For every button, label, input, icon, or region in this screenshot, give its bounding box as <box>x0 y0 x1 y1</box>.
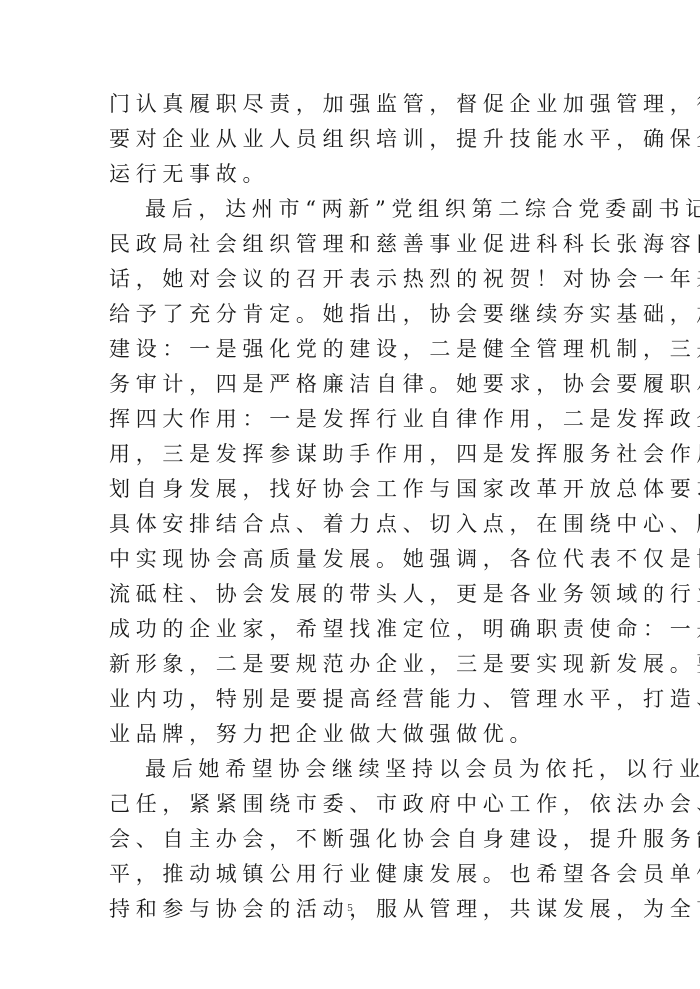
text-line: 中实现协会高质量发展。她强调，各位代表不仅是协会的中 <box>109 542 593 577</box>
text-line: 流砥柱、协会发展的带头人，更是各业务领域的行业精英、 <box>109 577 593 612</box>
text-line: 运行无事故。 <box>109 157 593 192</box>
text-line: 民政局社会组织管理和慈善事业促进科科长张海容同志讲 <box>109 227 593 262</box>
text-line: 新形象，二是要规范办企业，三是要实现新发展。要练好企 <box>109 647 593 682</box>
paragraph-2: 最后，达州市“两新”党组织第二综合党委副书记、市 民政局社会组织管理和慈善事业促… <box>109 192 593 752</box>
page-number: 5 <box>0 902 700 914</box>
text-line: 建设：一是强化党的建设，二是健全管理机制，三是加强财 <box>109 332 593 367</box>
text-line: 挥四大作用：一是发挥行业自律作用，二是发挥政企桥梁作 <box>109 402 593 437</box>
text-line: 最后她希望协会继续坚持以会员为依托，以行业发展为 <box>109 752 593 787</box>
text-line: 门认真履职尽责，加强监管，督促企业加强管理，行业协会 <box>109 87 593 122</box>
document-page: 门认真履职尽责，加强监管，督促企业加强管理，行业协会 要对企业从业人员组织培训，… <box>109 87 593 927</box>
text-line: 最后，达州市“两新”党组织第二综合党委副书记、市 <box>109 192 593 227</box>
text-line: 业品牌，努力把企业做大做强做优。 <box>109 717 593 752</box>
text-line: 业内功，特别是要提高经营能力、管理水平，打造、做亮企 <box>109 682 593 717</box>
text-line: 用，三是发挥参谋助手作用，四是发挥服务社会作用。要谋 <box>109 437 593 472</box>
text-line: 会、自主办会，不断强化协会自身建设，提升服务能力和水 <box>109 822 593 857</box>
text-line: 平，推动城镇公用行业健康发展。也希望各会员单位积极支 <box>109 857 593 892</box>
text-line: 己任，紧紧围绕市委、市政府中心工作，依法办会、民主办 <box>109 787 593 822</box>
text-line: 话，她对会议的召开表示热烈的祝贺！对协会一年来的工作 <box>109 262 593 297</box>
text-line: 给予了充分肯定。她指出，协会要继续夯实基础，加强自身 <box>109 297 593 332</box>
text-line: 务审计，四是严格廉洁自律。她要求，协会要履职尽责，发 <box>109 367 593 402</box>
text-line: 要对企业从业人员组织培训，提升技能水平，确保企业安全 <box>109 122 593 157</box>
paragraph-1: 门认真履职尽责，加强监管，督促企业加强管理，行业协会 要对企业从业人员组织培训，… <box>109 87 593 192</box>
text-line: 划自身发展，找好协会工作与国家改革开放总体要求及行业 <box>109 472 593 507</box>
paragraph-3: 最后她希望协会继续坚持以会员为依托，以行业发展为 己任，紧紧围绕市委、市政府中心… <box>109 752 593 927</box>
text-line: 具体安排结合点、着力点、切入点，在围绕中心、服务大局 <box>109 507 593 542</box>
text-line: 成功的企业家，希望找准定位，明确职责使命：一是要树立 <box>109 612 593 647</box>
